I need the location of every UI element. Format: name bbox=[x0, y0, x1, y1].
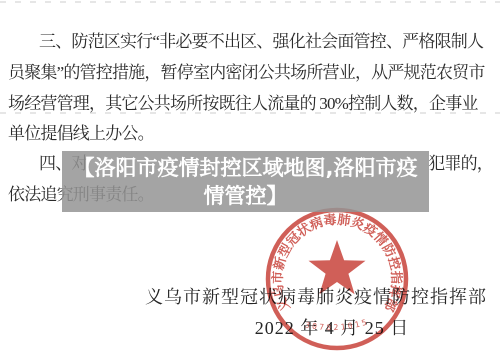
scanned-notice-page: 三、防范区实行“非必要不出区、强化社会面管控、严格限制人 员聚集”的管控措施，暂… bbox=[0, 0, 500, 362]
seal-code: 307821015 bbox=[304, 317, 370, 332]
watermark-banner: 【洛阳市疫情封控区域地图,洛阳市疫情管控】 bbox=[62, 151, 429, 212]
watermark-text: 【洛阳市疫情封控区域地图,洛阳市疫情管控】 bbox=[68, 154, 424, 210]
doc-line: 员聚集”的管控措施，暂停室内密闭公共场所营业，从严规范农贸市 bbox=[8, 62, 485, 83]
scan-artifact-line bbox=[0, 1, 500, 3]
official-seal: 义乌市新型冠状病毒肺炎疫情防控指挥部 307821015 bbox=[261, 207, 413, 353]
doc-line: 三、防范区实行“非必要不出区、强化社会面管控、严格限制人 bbox=[39, 31, 483, 52]
doc-line-fragment: 犯罪的， bbox=[428, 153, 493, 174]
doc-line: 单位提倡线上办公。 bbox=[8, 123, 154, 144]
doc-line: 场经营管理，其它公共场所按既往人流量的 30%控制人数，企事业 bbox=[8, 93, 478, 114]
seal-star-icon bbox=[309, 240, 366, 294]
svg-text:307821015: 307821015 bbox=[304, 317, 370, 332]
